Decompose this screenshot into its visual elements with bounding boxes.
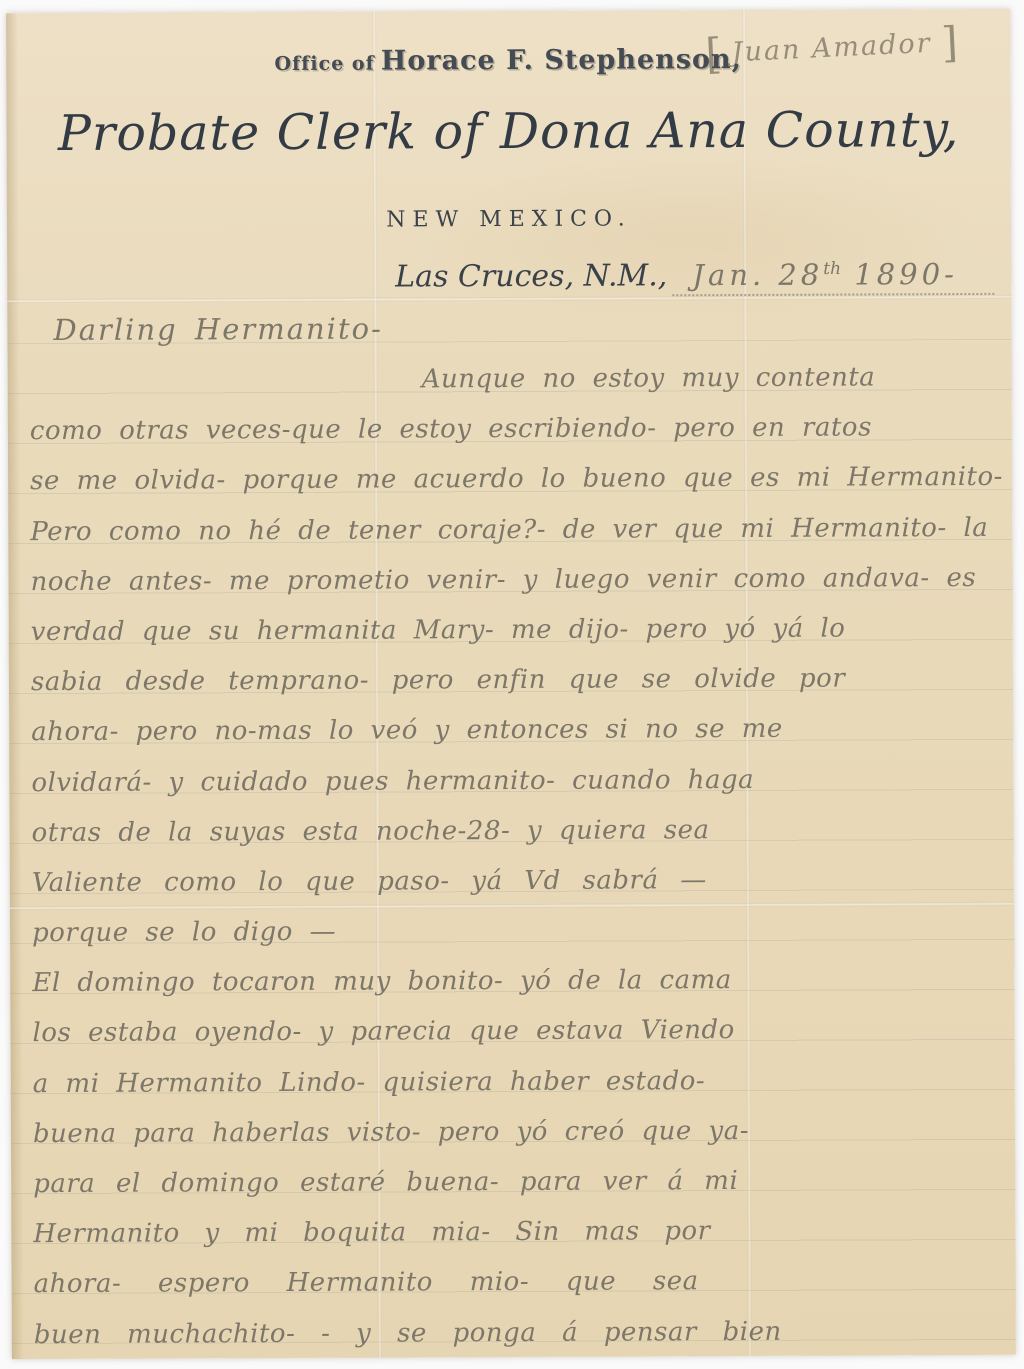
letterhead-office-prefix: Office of: [274, 53, 374, 75]
letterhead-office-line: Office of Horace F. Stephenson,: [6, 43, 1010, 78]
letter-line: sabia desde temprano- pero enfin que se …: [31, 663, 999, 717]
handwritten-date: Jan. 28th 1890-: [672, 257, 994, 296]
letter-line: los estaba oyendo- y parecia que estava …: [32, 1014, 1000, 1068]
date-year: 1890-: [854, 257, 958, 291]
letter-line: verdad que su hermanita Mary- me dijo- p…: [31, 613, 999, 667]
letter-body: Aunque no estoy muy contenta como otras …: [30, 362, 1002, 1369]
date-day: Jan. 28: [692, 258, 823, 293]
letter-line: noche antes- me prometio venir- y luego …: [30, 563, 998, 617]
date-line: Las Cruces, N.M., Jan. 28th 1890-: [395, 257, 994, 295]
letter-line: buen muchachito- - y se ponga á pensar b…: [34, 1315, 1002, 1369]
letter-line: El domingo tocaron muy bonito- yó de la …: [32, 964, 1000, 1018]
salutation: Darling Hermanito-: [53, 312, 383, 347]
letter-line: Hermanito y mi boquita mia- Sin mas por: [33, 1215, 1001, 1269]
letter-line: ahora- pero no-mas lo veó y entonces si …: [31, 713, 999, 767]
letter-line: porque se lo digo —: [32, 914, 1000, 968]
letter-line: Valiente como lo que paso- yá Vd sabrá —: [32, 864, 1000, 918]
letter-paper: [Juan Amador] Office of Horace F. Stephe…: [6, 9, 1016, 1359]
letter-line: otras de la suyas esta noche-28- y quier…: [32, 814, 1000, 868]
letter-line: Aunque no estoy muy contenta: [30, 362, 998, 416]
date-ordinal: th: [823, 259, 841, 279]
letterhead-title: Probate Clerk of Dona Ana County,: [6, 101, 1010, 162]
letter-line: olvidará- y cuidado pues hermanito- cuan…: [31, 763, 999, 817]
printed-place: Las Cruces, N.M.,: [395, 258, 667, 294]
letterhead-state: NEW MEXICO.: [7, 205, 1011, 234]
scan-background: [Juan Amador] Office of Horace F. Stephe…: [0, 0, 1024, 1369]
letterhead-office-name: Horace F. Stephenson,: [381, 44, 742, 77]
letter-line: buena para haberlas visto- pero yó creó …: [33, 1115, 1001, 1169]
letter-line: se me olvida- porque me acuerdo lo bueno…: [30, 462, 998, 516]
letter-line: como otras veces-que le estoy escribiend…: [30, 412, 998, 466]
letter-line: Pero como no hé de tener coraje?- de ver…: [30, 512, 998, 566]
letter-line: ahora- espero Hermanito mio- que sea: [34, 1265, 1002, 1319]
letter-line: para el domingo estaré buena- para ver á…: [33, 1165, 1001, 1219]
letter-line: a mi Hermanito Lindo- quisiera haber est…: [33, 1064, 1001, 1118]
horizontal-fold-crease: [7, 295, 1011, 303]
